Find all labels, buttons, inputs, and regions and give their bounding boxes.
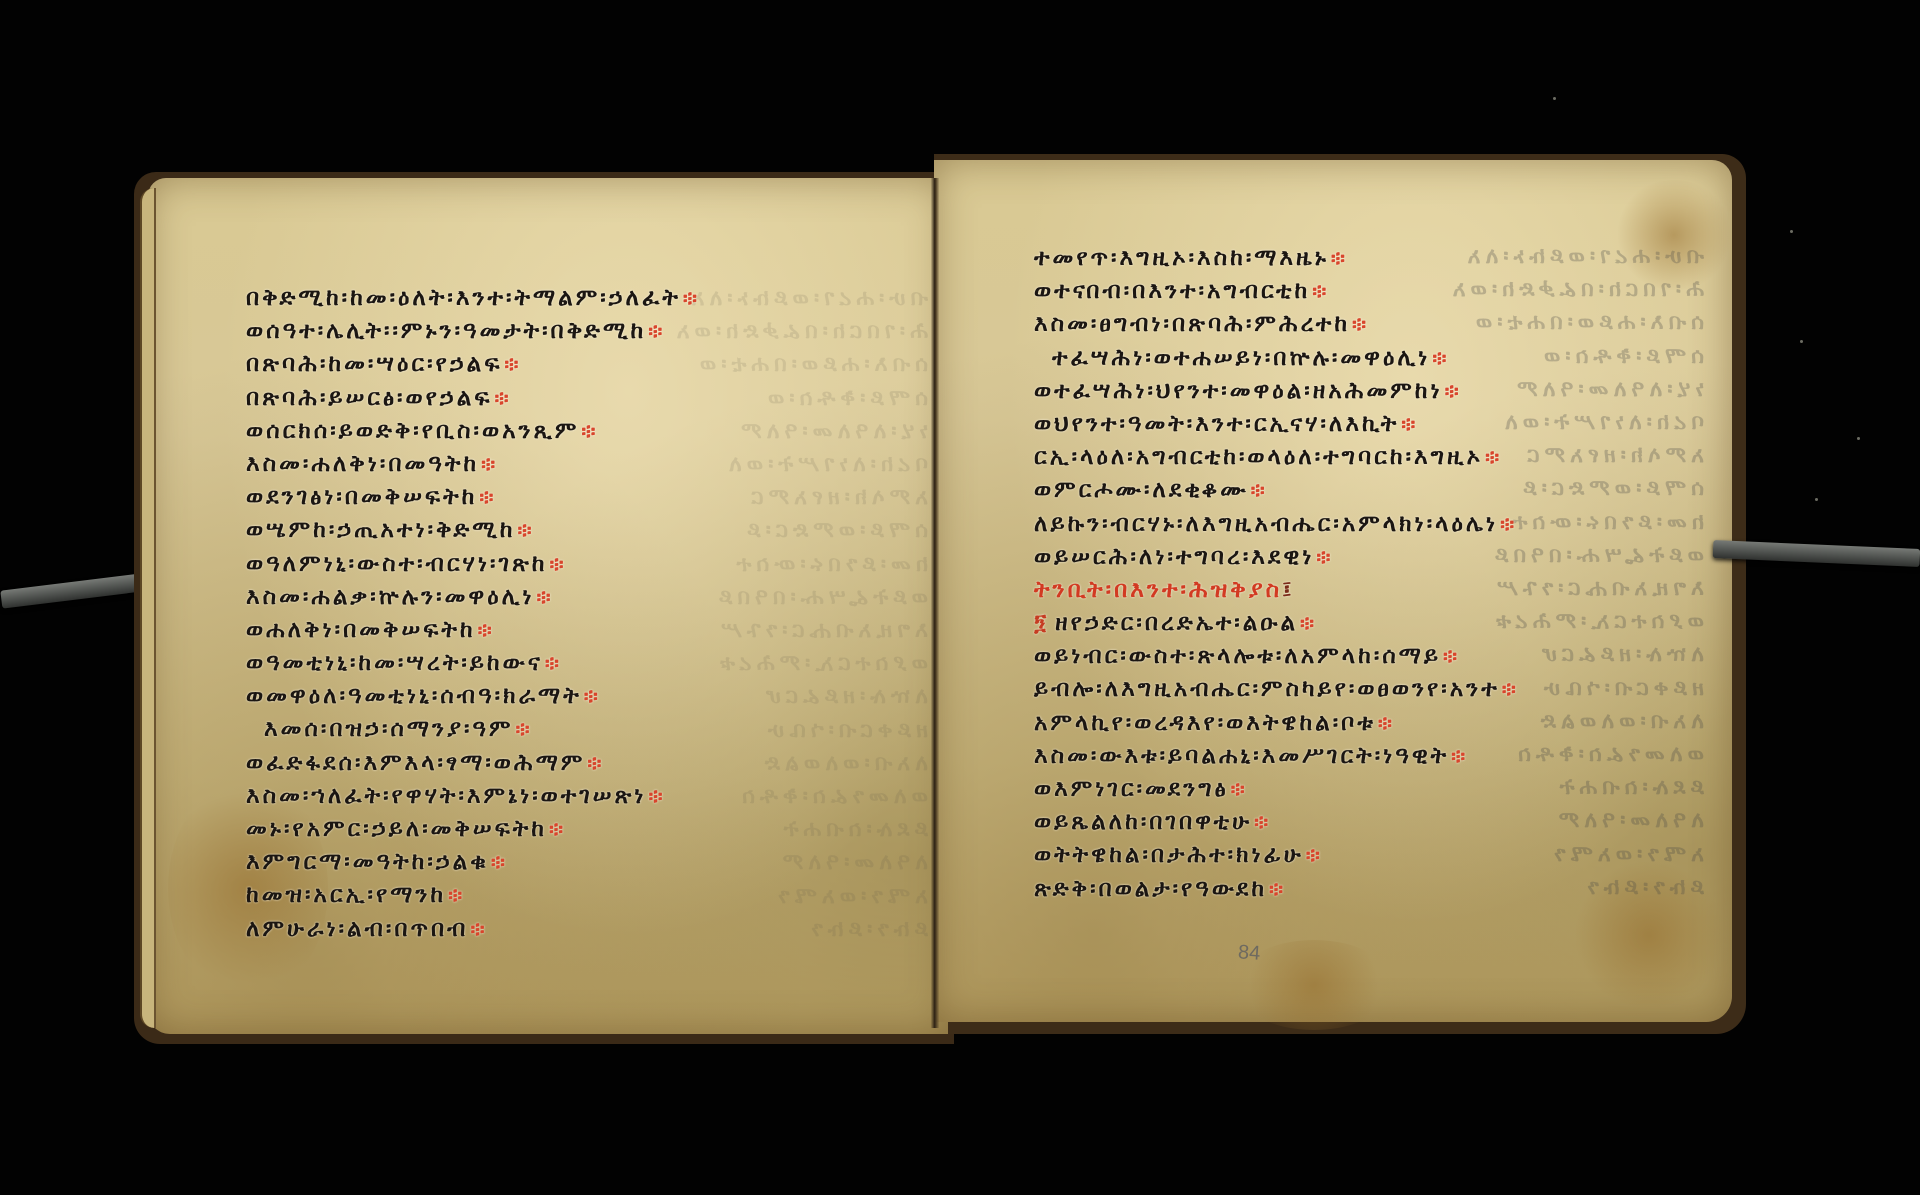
text-line: ወደንገፅነ፡በመቅሠፍትከ፨	[246, 481, 700, 514]
left-page: ብሁ፡ሐረገ፡ወይኩኑ፡ለአ ሕ፡ገበርከ፡በፈቃድከ፡ወአ ሰብእ፡ሐይወ፡በ…	[148, 178, 948, 1034]
red-cross-mark-icon: ፨	[1312, 279, 1329, 303]
line-text: ወሰርክሰ፡ይወድቅ፡የቢስ፡ወአንጺም	[246, 418, 579, 444]
text-line: እስመ፡ኀለፈት፡የዋሃት፡እምኔነ፡ወተገሠጽነ፨	[246, 780, 700, 813]
red-cross-mark-icon: ፨	[1300, 611, 1317, 635]
text-line: ከመዝ፡አርኢ፡የማንከ፨	[246, 879, 700, 912]
text-line: ወሐለቅነ፡በመቅሠፍትከ፨	[246, 614, 700, 647]
text-line: ወይጼልለከ፡በገበዋቲሁ፨	[1034, 806, 1519, 839]
red-cross-mark-icon: ፨	[648, 784, 665, 808]
text-line: ፺ዘየኃድር፡በረድኤተ፡ልዑል፨	[1034, 607, 1519, 640]
folio-number: 84	[1237, 941, 1261, 965]
line-text: ይብሎ፡ለእግዚአብሔር፡ምስካይየ፡ወፀወንየ፡አንተ	[1034, 676, 1500, 702]
red-cross-mark-icon: ፨	[1432, 346, 1449, 370]
text-line: ወሰዓተ፡ሌሊት፡፡ምኑን፡ዓመታት፡በቅድሚከ፨	[246, 315, 700, 348]
line-text: ለምሁራነ፡ልብ፡በጥበብ	[246, 916, 468, 942]
open-manuscript: ብሁ፡ሐረገ፡ወይኩኑ፡ለአ ሕ፡ገበርከ፡በፈቃድከ፡ወአ ሰብእ፡ሐይወ፡በ…	[134, 148, 1746, 1048]
text-line: ወህየንተ፡ዓመት፡እንተ፡ርኢናሃ፡ለእኪት፨	[1034, 408, 1519, 441]
red-cross-mark-icon: ፨	[550, 552, 567, 576]
red-cross-mark-icon: ፨	[470, 917, 487, 941]
red-cross-mark-icon: ፨	[1500, 512, 1517, 536]
red-cross-mark-icon: ፨	[584, 684, 601, 708]
line-text: ተፈሣሕነ፡ወተሐሠይነ፡በኵሉ፡መዋዕሊነ	[1052, 345, 1430, 371]
text-line: ወዓመቲነኒ፡ከመ፡ሣረት፡ይከውና፨	[246, 647, 700, 680]
text-line: ወምርሖሙ፡ለደቂቆሙ፨	[1034, 474, 1519, 507]
text-line: ተመየጥ፡እግዚኦ፡እስከ፡ማእዜኑ፨	[1034, 242, 1519, 275]
text-line: ወሤምከ፡ኃጢአተነ፡ቅድሚከ፨	[246, 514, 700, 547]
red-cross-mark-icon: ፨	[581, 419, 598, 443]
red-cross-mark-icon: ፨	[481, 452, 498, 476]
line-text: ወተፈሣሕነ፡ህየንተ፡መዋዕል፡ዘአሕመምከነ	[1034, 378, 1443, 404]
line-text: እስመ፡ሐልቃ፡ኵሉን፡መዋዕሊነ	[246, 584, 535, 610]
line-text: በቅድሚከ፡ከመ፡ዕለት፡እንተ፡ትማልም፡ኃለፈት	[246, 285, 681, 311]
line-text: ጽድቅ፡በወልታ፡የዓውደከ	[1034, 876, 1267, 902]
text-line: ተፈሣሕነ፡ወተሐሠይነ፡በኵሉ፡መዋዕሊነ፨	[1034, 342, 1519, 375]
red-cross-mark-icon: ፨	[1443, 644, 1460, 668]
book-gutter	[931, 178, 939, 1028]
rubric-heading: ትንቢት፡በእንተ፡ሕዝቅያስ፤	[1034, 574, 1519, 607]
line-text: ወመዋዕለ፡ዓመቲነኒ፡ሰብዓ፡ክራማት	[246, 683, 582, 709]
line-text: ወሤምከ፡ኃጢአተነ፡ቅድሚከ	[246, 517, 516, 543]
line-text: ለይኩን፡ብርሃኑ፡ለእግዚአብሔር፡አምላክነ፡ላዕሌነ	[1034, 511, 1498, 537]
line-text: ወይሠርሕ፡ለነ፡ተግባረ፡እደዊነ	[1034, 544, 1314, 570]
text-line: ወሰርክሰ፡ይወድቅ፡የቢስ፡ወአንጺም፨	[246, 415, 700, 448]
red-cross-mark-icon: ፨	[1306, 843, 1323, 867]
text-line: በቅድሚከ፡ከመ፡ዕለት፡እንተ፡ትማልም፡ኃለፈት፨	[246, 282, 700, 315]
red-cross-mark-icon: ፨	[683, 286, 700, 310]
line-text: ወይጼልለከ፡በገበዋቲሁ	[1034, 809, 1252, 835]
line-text: አምላኪየ፡ወረዳእየ፡ወእትዌከል፡ቦቱ	[1034, 710, 1376, 736]
text-line: ወፈድፋደሰ፡እምእላ፡ፃማ፡ወሕማም፨	[246, 747, 700, 780]
left-page-text: በቅድሚከ፡ከመ፡ዕለት፡እንተ፡ትማልም፡ኃለፈት፨ ወሰዓተ፡ሌሊት፡፡ምኑ…	[246, 282, 700, 946]
red-cross-mark-icon: ፨	[515, 717, 532, 741]
line-text: ወተናበብ፡በእንተ፡አግብርቲከ	[1034, 278, 1310, 304]
red-cross-mark-icon: ፨	[648, 319, 665, 343]
line-text: እስመ፡ኀለፈት፡የዋሃት፡እምኔነ፡ወተገሠጽነ	[246, 783, 646, 809]
red-cross-mark-icon: ፨	[1231, 777, 1248, 801]
line-text: እስመ፡ፀግብነ፡በጽባሕ፡ምሕረተከ	[1034, 311, 1350, 337]
line-text: ተመየጥ፡እግዚኦ፡እስከ፡ማእዜኑ	[1034, 245, 1329, 271]
text-line: ወትትዌከል፡በታሕተ፡ክነፊሁ፨	[1034, 839, 1519, 872]
text-line: ወተፈሣሕነ፡ህየንተ፡መዋዕል፡ዘአሕመምከነ፨	[1034, 375, 1519, 408]
red-cross-mark-icon: ፨	[478, 618, 495, 642]
red-cross-mark-icon: ፨	[1445, 379, 1462, 403]
line-text: እምግርማ፡መዓትከ፡ኃልቁ	[246, 849, 489, 875]
line-text: ወደንገፅነ፡በመቅሠፍትከ	[246, 484, 477, 510]
red-cross-mark-icon: ፨	[587, 751, 604, 775]
red-cross-mark-icon: ፨	[494, 386, 511, 410]
text-line: ወተናበብ፡በእንተ፡አግብርቲከ፨	[1034, 275, 1519, 308]
red-cross-mark-icon: ፨	[448, 883, 465, 907]
section-mark-icon: ፤	[1282, 577, 1294, 603]
red-cross-mark-icon: ፨	[1251, 478, 1268, 502]
text-line: ለይኩን፡ብርሃኑ፡ለእግዚአብሔር፡አምላክነ፡ላዕሌነ፨	[1034, 508, 1519, 541]
right-page: ብሁ፡ሐረገ፡ወይኩኑ፡ለአ ሕ፡ገበርከ፡በፈቃድከ፡ወአ ሰብእ፡ሐይወ፡በ…	[934, 160, 1732, 1022]
text-line: ለምሁራነ፡ልብ፡በጥበብ፨	[246, 913, 700, 946]
red-cross-mark-icon: ፨	[479, 485, 496, 509]
line-text: ወህየንተ፡ዓመት፡እንተ፡ርኢናሃ፡ለእኪት	[1034, 411, 1399, 437]
text-line: ወመዋዕለ፡ዓመቲነኒ፡ሰብዓ፡ክራማት፨	[246, 680, 700, 713]
text-line: አምላኪየ፡ወረዳእየ፡ወእትዌከል፡ቦቱ፨	[1034, 707, 1519, 740]
text-line: በጽባሕ፡ከመ፡ሣዕር፡የኃልፍ፨	[246, 348, 700, 381]
text-line: እስመ፡ሐለቅነ፡በመዓትከ፨	[246, 448, 700, 481]
red-cross-mark-icon: ፨	[491, 850, 508, 874]
psalm-number: ፺	[1034, 610, 1049, 636]
dust-speck	[1553, 97, 1556, 100]
text-line: ወይሠርሕ፡ለነ፡ተግባረ፡እደዊነ፨	[1034, 541, 1519, 574]
red-cross-mark-icon: ፨	[1485, 445, 1502, 469]
line-text: ወትትዌከል፡በታሕተ፡ክነፊሁ	[1034, 842, 1304, 868]
red-cross-mark-icon: ፨	[549, 817, 566, 841]
line-text: መኑ፡የአምር፡ኃይለ፡መቅሠፍትከ	[246, 816, 547, 842]
line-text: ወዓለምነኒ፡ውስተ፡ብርሃነ፡ገጽከ	[246, 551, 548, 577]
text-line: መኑ፡የአምር፡ኃይለ፡መቅሠፍትከ፨	[246, 813, 700, 846]
red-cross-mark-icon: ፨	[1331, 246, 1348, 270]
text-line: እስመ፡ፀግብነ፡በጽባሕ፡ምሕረተከ፨	[1034, 308, 1519, 341]
red-cross-mark-icon: ፨	[545, 651, 562, 675]
line-text: ወፈድፋደሰ፡እምእላ፡ፃማ፡ወሕማም	[246, 750, 585, 776]
red-cross-mark-icon: ፨	[504, 352, 521, 376]
dust-speck	[1790, 230, 1793, 233]
text-line: ርኢ፡ላዕለ፡አግብርቲከ፡ወላዕለ፡ተግባርከ፡እግዚኦ፨	[1034, 441, 1519, 474]
red-cross-mark-icon: ፨	[518, 518, 535, 542]
line-text: ወምርሖሙ፡ለደቂቆሙ	[1034, 477, 1249, 503]
dust-speck	[1815, 498, 1818, 501]
line-text: በጽባሕ፡ይሠርፅ፡ወየኃልፍ	[246, 385, 492, 411]
line-text: በጽባሕ፡ከመ፡ሣዕር፡የኃልፍ	[246, 351, 502, 377]
red-cross-mark-icon: ፨	[1254, 810, 1271, 834]
dust-speck	[1857, 437, 1860, 440]
red-cross-mark-icon: ፨	[1401, 412, 1418, 436]
text-line: ይብሎ፡ለእግዚአብሔር፡ምስካይየ፡ወፀወንየ፡አንተ፨	[1034, 673, 1519, 706]
text-line: እመሰ፡በዝኃ፡ሰማንያ፡ዓም፨	[246, 713, 700, 746]
red-cross-mark-icon: ፨	[1352, 312, 1369, 336]
text-line: ወይነብር፡ውስተ፡ጽላሎቱ፡ለአምላከ፡ሰማይ፨	[1034, 640, 1519, 673]
line-text: እመሰ፡በዝኃ፡ሰማንያ፡ዓም	[264, 716, 513, 742]
line-text: ወይነብር፡ውስተ፡ጽላሎቱ፡ለአምላከ፡ሰማይ	[1034, 643, 1441, 669]
red-cross-mark-icon: ፨	[1378, 711, 1395, 735]
line-text: ዘየኃድር፡በረድኤተ፡ልዑል	[1055, 610, 1298, 636]
text-line: ወዓለምነኒ፡ውስተ፡ብርሃነ፡ገጽከ፨	[246, 548, 700, 581]
red-cross-mark-icon: ፨	[1451, 744, 1468, 768]
line-text: ወሐለቅነ፡በመቅሠፍትከ	[246, 617, 476, 643]
line-text: ወዓመቲነኒ፡ከመ፡ሣረት፡ይከውና	[246, 650, 543, 676]
right-page-text: ተመየጥ፡እግዚኦ፡እስከ፡ማእዜኑ፨ ወተናበብ፡በእንተ፡አግብርቲከ፨ እ…	[1034, 242, 1519, 906]
page-stack-edge	[140, 188, 156, 1028]
red-cross-mark-icon: ፨	[537, 585, 554, 609]
line-text: ወእምነገር፡መደንግፅ	[1034, 776, 1229, 802]
line-text: ወሰዓተ፡ሌሊት፡፡ምኑን፡ዓመታት፡በቅድሚከ	[246, 318, 646, 344]
line-text: ከመዝ፡አርኢ፡የማንከ	[246, 882, 446, 908]
text-line: ወእምነገር፡መደንግፅ፨	[1034, 773, 1519, 806]
text-line: እስመ፡ሐልቃ፡ኵሉን፡መዋዕሊነ፨	[246, 581, 700, 614]
text-line: እምግርማ፡መዓትከ፡ኃልቁ፨	[246, 846, 700, 879]
text-line: እስመ፡ውእቱ፡ይባልሐኒ፡እመሥገርት፡ነዓዊት፨	[1034, 740, 1519, 773]
line-text: እስመ፡ሐለቅነ፡በመዓትከ	[246, 451, 479, 477]
red-cross-mark-icon: ፨	[1269, 877, 1286, 901]
red-cross-mark-icon: ፨	[1316, 545, 1333, 569]
text-line: በጽባሕ፡ይሠርፅ፡ወየኃልፍ፨	[246, 382, 700, 415]
line-text: ትንቢት፡በእንተ፡ሕዝቅያስ	[1034, 577, 1282, 603]
line-text: እስመ፡ውእቱ፡ይባልሐኒ፡እመሥገርት፡ነዓዊት	[1034, 743, 1449, 769]
line-text: ርኢ፡ላዕለ፡አግብርቲከ፡ወላዕለ፡ተግባርከ፡እግዚኦ	[1034, 444, 1483, 470]
dust-speck	[1800, 340, 1803, 343]
text-line: ጽድቅ፡በወልታ፡የዓውደከ፨	[1034, 873, 1519, 906]
photo-scene: ብሁ፡ሐረገ፡ወይኩኑ፡ለአ ሕ፡ገበርከ፡በፈቃድከ፡ወአ ሰብእ፡ሐይወ፡በ…	[0, 0, 1920, 1195]
red-cross-mark-icon: ፨	[1502, 677, 1519, 701]
